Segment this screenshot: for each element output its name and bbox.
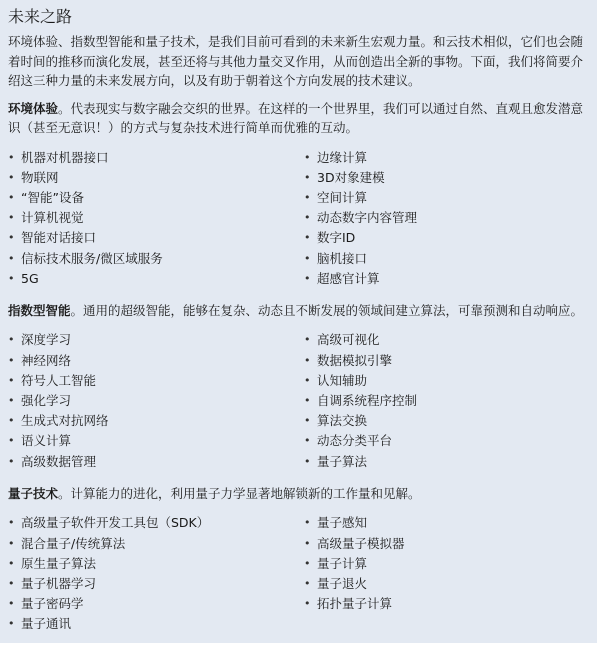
section-quantum: 量子技术。计算能力的进化，利用量子力学显著地解锁新的工作量和见解。 高级量子软件… [8, 484, 589, 635]
list-right: 量子感知 高级量子模拟器 量子计算 量子退火 拓扑量子计算 [304, 513, 584, 634]
list-item: 智能对话接口 [8, 228, 304, 248]
list-left: 高级量子软件开发工具包（SDK） 混合量子/传统算法 原生量子算法 量子机器学习… [8, 513, 304, 634]
list-item: 量子计算 [304, 554, 584, 574]
list-item: 语义计算 [8, 431, 304, 451]
section-description: 指数型智能。通用的超级智能，能够在复杂、动态且不断发展的领域间建立算法，可靠预测… [8, 301, 589, 321]
list-item: 拓扑量子计算 [304, 594, 584, 614]
list-item: 量子机器学习 [8, 574, 304, 594]
list-item: 量子算法 [304, 452, 584, 472]
list-left: 深度学习 神经网络 符号人工智能 强化学习 生成式对抗网络 语义计算 高级数据管… [8, 330, 304, 471]
list-right: 边缘计算 3D对象建模 空间计算 动态数字内容管理 数字ID 脑机接口 超感官计… [304, 148, 584, 289]
list-item: 计算机视觉 [8, 208, 304, 228]
list-item: 量子退火 [304, 574, 584, 594]
section-exponential-intelligence: 指数型智能。通用的超级智能，能够在复杂、动态且不断发展的领域间建立算法，可靠预测… [8, 301, 589, 472]
list-item: 3D对象建模 [304, 168, 584, 188]
section-heading: 环境体验 [8, 101, 58, 116]
list-item: 混合量子/传统算法 [8, 534, 304, 554]
list-item: 原生量子算法 [8, 554, 304, 574]
list-item: 符号人工智能 [8, 371, 304, 391]
list-item: 算法交换 [304, 411, 584, 431]
list-item: 数字ID [304, 228, 584, 248]
list-item: “智能”设备 [8, 188, 304, 208]
list-item: 量子通讯 [8, 614, 304, 634]
list-item: 空间计算 [304, 188, 584, 208]
list-item: 量子感知 [304, 513, 584, 533]
list-item: 超感官计算 [304, 269, 584, 289]
list-item: 高级量子模拟器 [304, 534, 584, 554]
section-ambient-experience: 环境体验。代表现实与数字融会交织的世界。在这样的一个世界里，我们可以通过自然、直… [8, 99, 589, 289]
list-item: 数据模拟引擎 [304, 351, 584, 371]
list-item: 强化学习 [8, 391, 304, 411]
list-item: 脑机接口 [304, 249, 584, 269]
list-item: 自调系统程序控制 [304, 391, 584, 411]
list-item: 高级可视化 [304, 330, 584, 350]
list-right: 高级可视化 数据模拟引擎 认知辅助 自调系统程序控制 算法交换 动态分类平台 量… [304, 330, 584, 471]
list-item: 5G [8, 269, 304, 289]
list-item: 神经网络 [8, 351, 304, 371]
page-title: 未来之路 [8, 6, 589, 28]
section-description: 环境体验。代表现实与数字融会交织的世界。在这样的一个世界里，我们可以通过自然、直… [8, 99, 589, 138]
section-heading: 指数型智能 [8, 303, 71, 318]
intro-paragraph: 环境体验、指数型智能和量子技术，是我们目前可看到的未来新生宏观力量。和云技术相似… [8, 32, 589, 91]
list-item: 深度学习 [8, 330, 304, 350]
list-item: 机器对机器接口 [8, 148, 304, 168]
list-item: 动态分类平台 [304, 431, 584, 451]
content-panel: 未来之路 环境体验、指数型智能和量子技术，是我们目前可看到的未来新生宏观力量。和… [0, 0, 597, 643]
list-item: 信标技术服务/微区域服务 [8, 249, 304, 269]
list-item: 量子密码学 [8, 594, 304, 614]
list-item: 高级数据管理 [8, 452, 304, 472]
list-item: 认知辅助 [304, 371, 584, 391]
list-item: 生成式对抗网络 [8, 411, 304, 431]
list-item: 动态数字内容管理 [304, 208, 584, 228]
list-left: 机器对机器接口 物联网 “智能”设备 计算机视觉 智能对话接口 信标技术服务/微… [8, 148, 304, 289]
list-item: 物联网 [8, 168, 304, 188]
section-heading: 量子技术 [8, 486, 58, 501]
list-item: 高级量子软件开发工具包（SDK） [8, 513, 304, 533]
section-description: 量子技术。计算能力的进化，利用量子力学显著地解锁新的工作量和见解。 [8, 484, 589, 504]
list-item: 边缘计算 [304, 148, 584, 168]
